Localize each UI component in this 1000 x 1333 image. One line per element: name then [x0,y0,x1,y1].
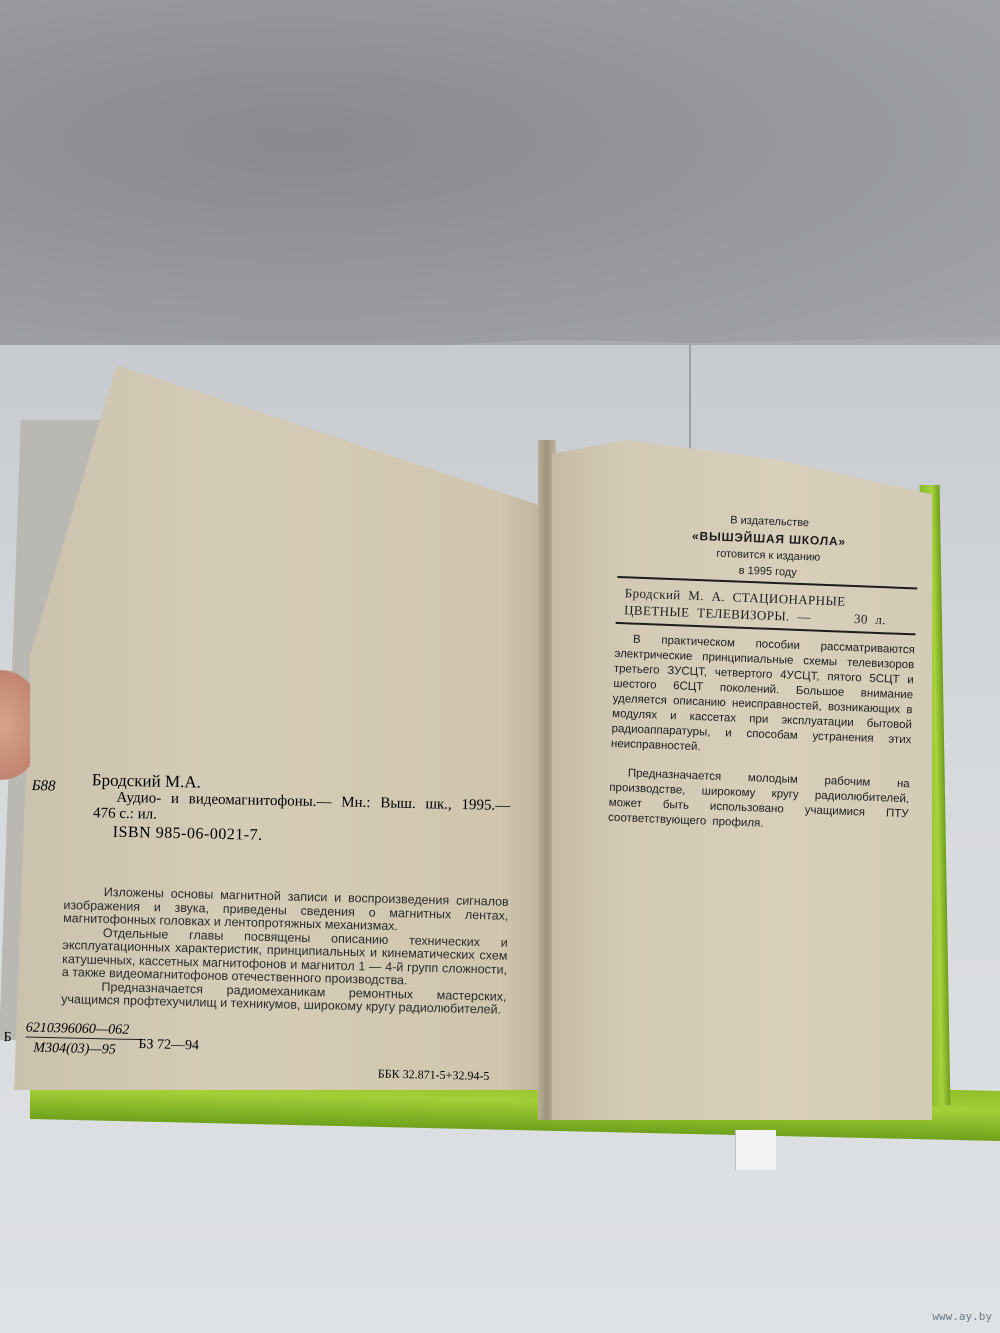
background-string [689,345,691,455]
paper-slip [735,1130,776,1170]
announced-book-title: Бродский М. А. СТАЦИОНАРНЫЕ ЦВЕТНЫЕ ТЕЛЕ… [624,585,846,624]
publisher-announcement: В издательстве «ВЫШЭЙШАЯ ШКОЛА» готовитс… [608,510,920,837]
abstract: Изложены основы магнитной записи и воспр… [61,885,509,1017]
watermark: www.ay.by [932,1310,992,1323]
classification-numerator: 6210396060—062 [26,1020,144,1040]
classification-prefix: Б [3,1030,11,1046]
page-count: 476 с.: ил. [93,805,157,823]
bbk-code: ББК 32.871-5+32.94-5 [378,1066,490,1084]
announced-book: Бродский М. А. СТАЦИОНАРНЫЕ ЦВЕТНЫЕ ТЕЛЕ… [616,584,917,629]
background-wall [0,0,1000,350]
announced-book-description: В практическом пособии рассматриваются э… [608,632,915,837]
hand-thumb [0,670,30,780]
author: Бродский М.А. [92,771,201,790]
description-paragraph: Предназначается молодым рабочим на произ… [608,766,910,837]
description-paragraph: В практическом пособии рассматриваются э… [611,632,915,763]
isbn: ISBN 985-06-0021-7. [113,824,263,844]
classification-denominator: М304(03)—95 [33,1041,116,1059]
catalog-code: Б88 [31,778,55,795]
announced-book-price: 30 л. [854,610,887,628]
bz-code: БЗ 72—94 [138,1037,199,1054]
